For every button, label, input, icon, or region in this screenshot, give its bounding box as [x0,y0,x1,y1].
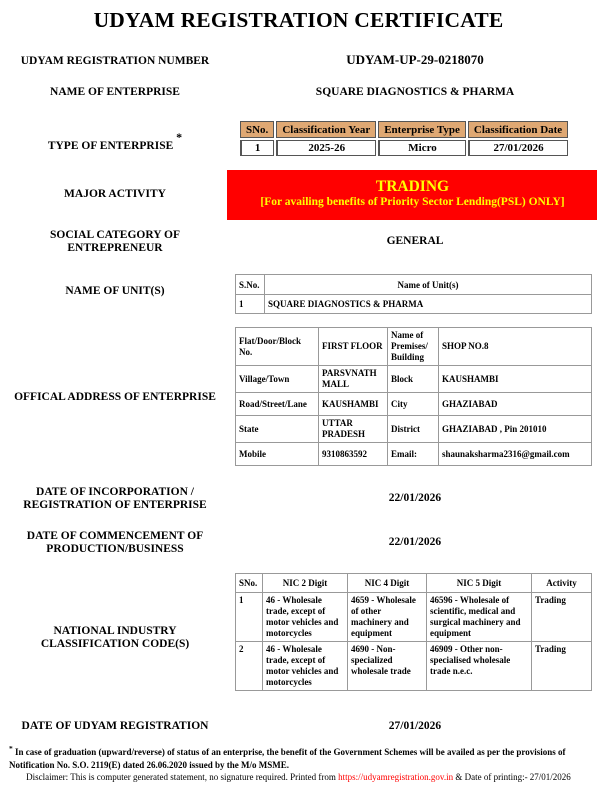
address-field-label: Name of Premises/ Building [388,328,439,366]
col-nic-5: NIC 5 Digit [427,574,532,593]
nic-table: SNo. NIC 2 Digit NIC 4 Digit NIC 5 Digit… [235,573,592,691]
address-field-label: Block [388,366,439,393]
address-field-value: FIRST FLOOR [319,328,388,366]
address-field-label: Road/Street/Lane [236,393,319,416]
footnote: * In case of graduation (upward/reverse)… [9,742,591,772]
table-row: 246 - Wholesale trade, except of motor v… [236,642,592,691]
address-field-label: City [388,393,439,416]
address-row: Flat/Door/Block No.FIRST FLOORName of Pr… [236,328,592,366]
address-field-label: Email: [388,443,439,466]
table-row: 1 SQUARE DIAGNOSTICS & PHARMA [236,295,592,314]
address-row: Mobile9310863592Email:shaunaksharma2316@… [236,443,592,466]
registration-number-value: UDYAM-UP-29-0218070 [290,53,540,66]
udyam-date-label: DATE OF UDYAM REGISTRATION [10,720,220,733]
udyam-portal-link[interactable]: https://udyamregistration.gov.in [338,772,453,782]
col-sno: SNo. [240,121,274,138]
psl-note: [For availing benefits of Priority Secto… [227,195,597,209]
address-field-label: Flat/Door/Block No. [236,328,319,366]
address-field-value: KAUSHAMBI [319,393,388,416]
col-sno: SNo. [236,574,263,593]
address-field-value: PARSVNATH MALL [319,366,388,393]
official-address-label: OFFICAL ADDRESS OF ENTERPRISE [10,391,220,404]
registration-number-label: UDYAM REGISTRATION NUMBER [10,55,220,68]
commencement-date-label: DATE OF COMMENCEMENT OF PRODUCTION/BUSIN… [10,530,220,556]
major-activity-label: MAJOR ACTIVITY [10,188,220,201]
enterprise-type-label: TYPE OF ENTERPRISE * [10,134,220,153]
col-activity: Activity [532,574,592,593]
address-row: StateUTTAR PRADESHDistrictGHAZIABAD , Pi… [236,416,592,443]
udyam-date-value: 27/01/2026 [290,720,540,733]
certificate-title: UDYAM REGISTRATION CERTIFICATE [0,8,597,33]
enterprise-name-label: NAME OF ENTERPRISE [10,86,220,99]
nic-code-label: NATIONAL INDUSTRY CLASSIFICATION CODE(S) [10,625,220,651]
address-field-label: District [388,416,439,443]
disclaimer: Disclaimer: This is computer generated s… [0,771,597,783]
commencement-date-value: 22/01/2026 [290,536,540,549]
address-field-value: SHOP NO.8 [439,328,592,366]
major-activity-value: TRADING [227,178,597,195]
major-activity-banner: TRADING [For availing benefits of Priori… [227,170,597,220]
address-field-value: GHAZIABAD , Pin 201010 [439,416,592,443]
address-field-value: 9310863592 [319,443,388,466]
address-field-value: KAUSHAMBI [439,366,592,393]
address-field-label: Mobile [236,443,319,466]
col-nic-2: NIC 2 Digit [263,574,348,593]
address-row: Road/Street/LaneKAUSHAMBICityGHAZIABAD [236,393,592,416]
incorporation-date-value: 22/01/2026 [290,492,540,505]
col-classification-year: Classification Year [276,121,376,138]
table-row: 146 - Wholesale trade, except of motor v… [236,593,592,642]
unit-name-label: NAME OF UNIT(S) [10,285,220,298]
col-enterprise-type: Enterprise Type [378,121,466,138]
incorporation-date-label: DATE OF INCORPORATION / REGISTRATION OF … [10,486,220,512]
units-table: S.No. Name of Unit(s) 1 SQUARE DIAGNOSTI… [235,274,592,314]
address-field-value: GHAZIABAD [439,393,592,416]
asterisk-marker: * [9,744,13,753]
table-row: 1 2025-26 Micro 27/01/2026 [240,140,568,156]
col-unit-name: Name of Unit(s) [265,275,592,295]
address-table: Flat/Door/Block No.FIRST FLOORName of Pr… [235,327,592,466]
col-nic-4: NIC 4 Digit [348,574,427,593]
social-category-label: SOCIAL CATEGORY OF ENTREPRENEUR [10,229,220,255]
enterprise-name-value: SQUARE DIAGNOSTICS & PHARMA [290,86,540,99]
address-field-value: UTTAR PRADESH [319,416,388,443]
col-sno: S.No. [236,275,265,295]
col-classification-date: Classification Date [468,121,568,138]
address-field-label: Village/Town [236,366,319,393]
asterisk-marker: * [176,130,182,144]
address-field-label: State [236,416,319,443]
social-category-value: GENERAL [290,235,540,248]
address-field-value: shaunaksharma2316@gmail.com [439,443,592,466]
classification-table: SNo. Classification Year Enterprise Type… [238,119,570,158]
address-row: Village/TownPARSVNATH MALLBlockKAUSHAMBI [236,366,592,393]
